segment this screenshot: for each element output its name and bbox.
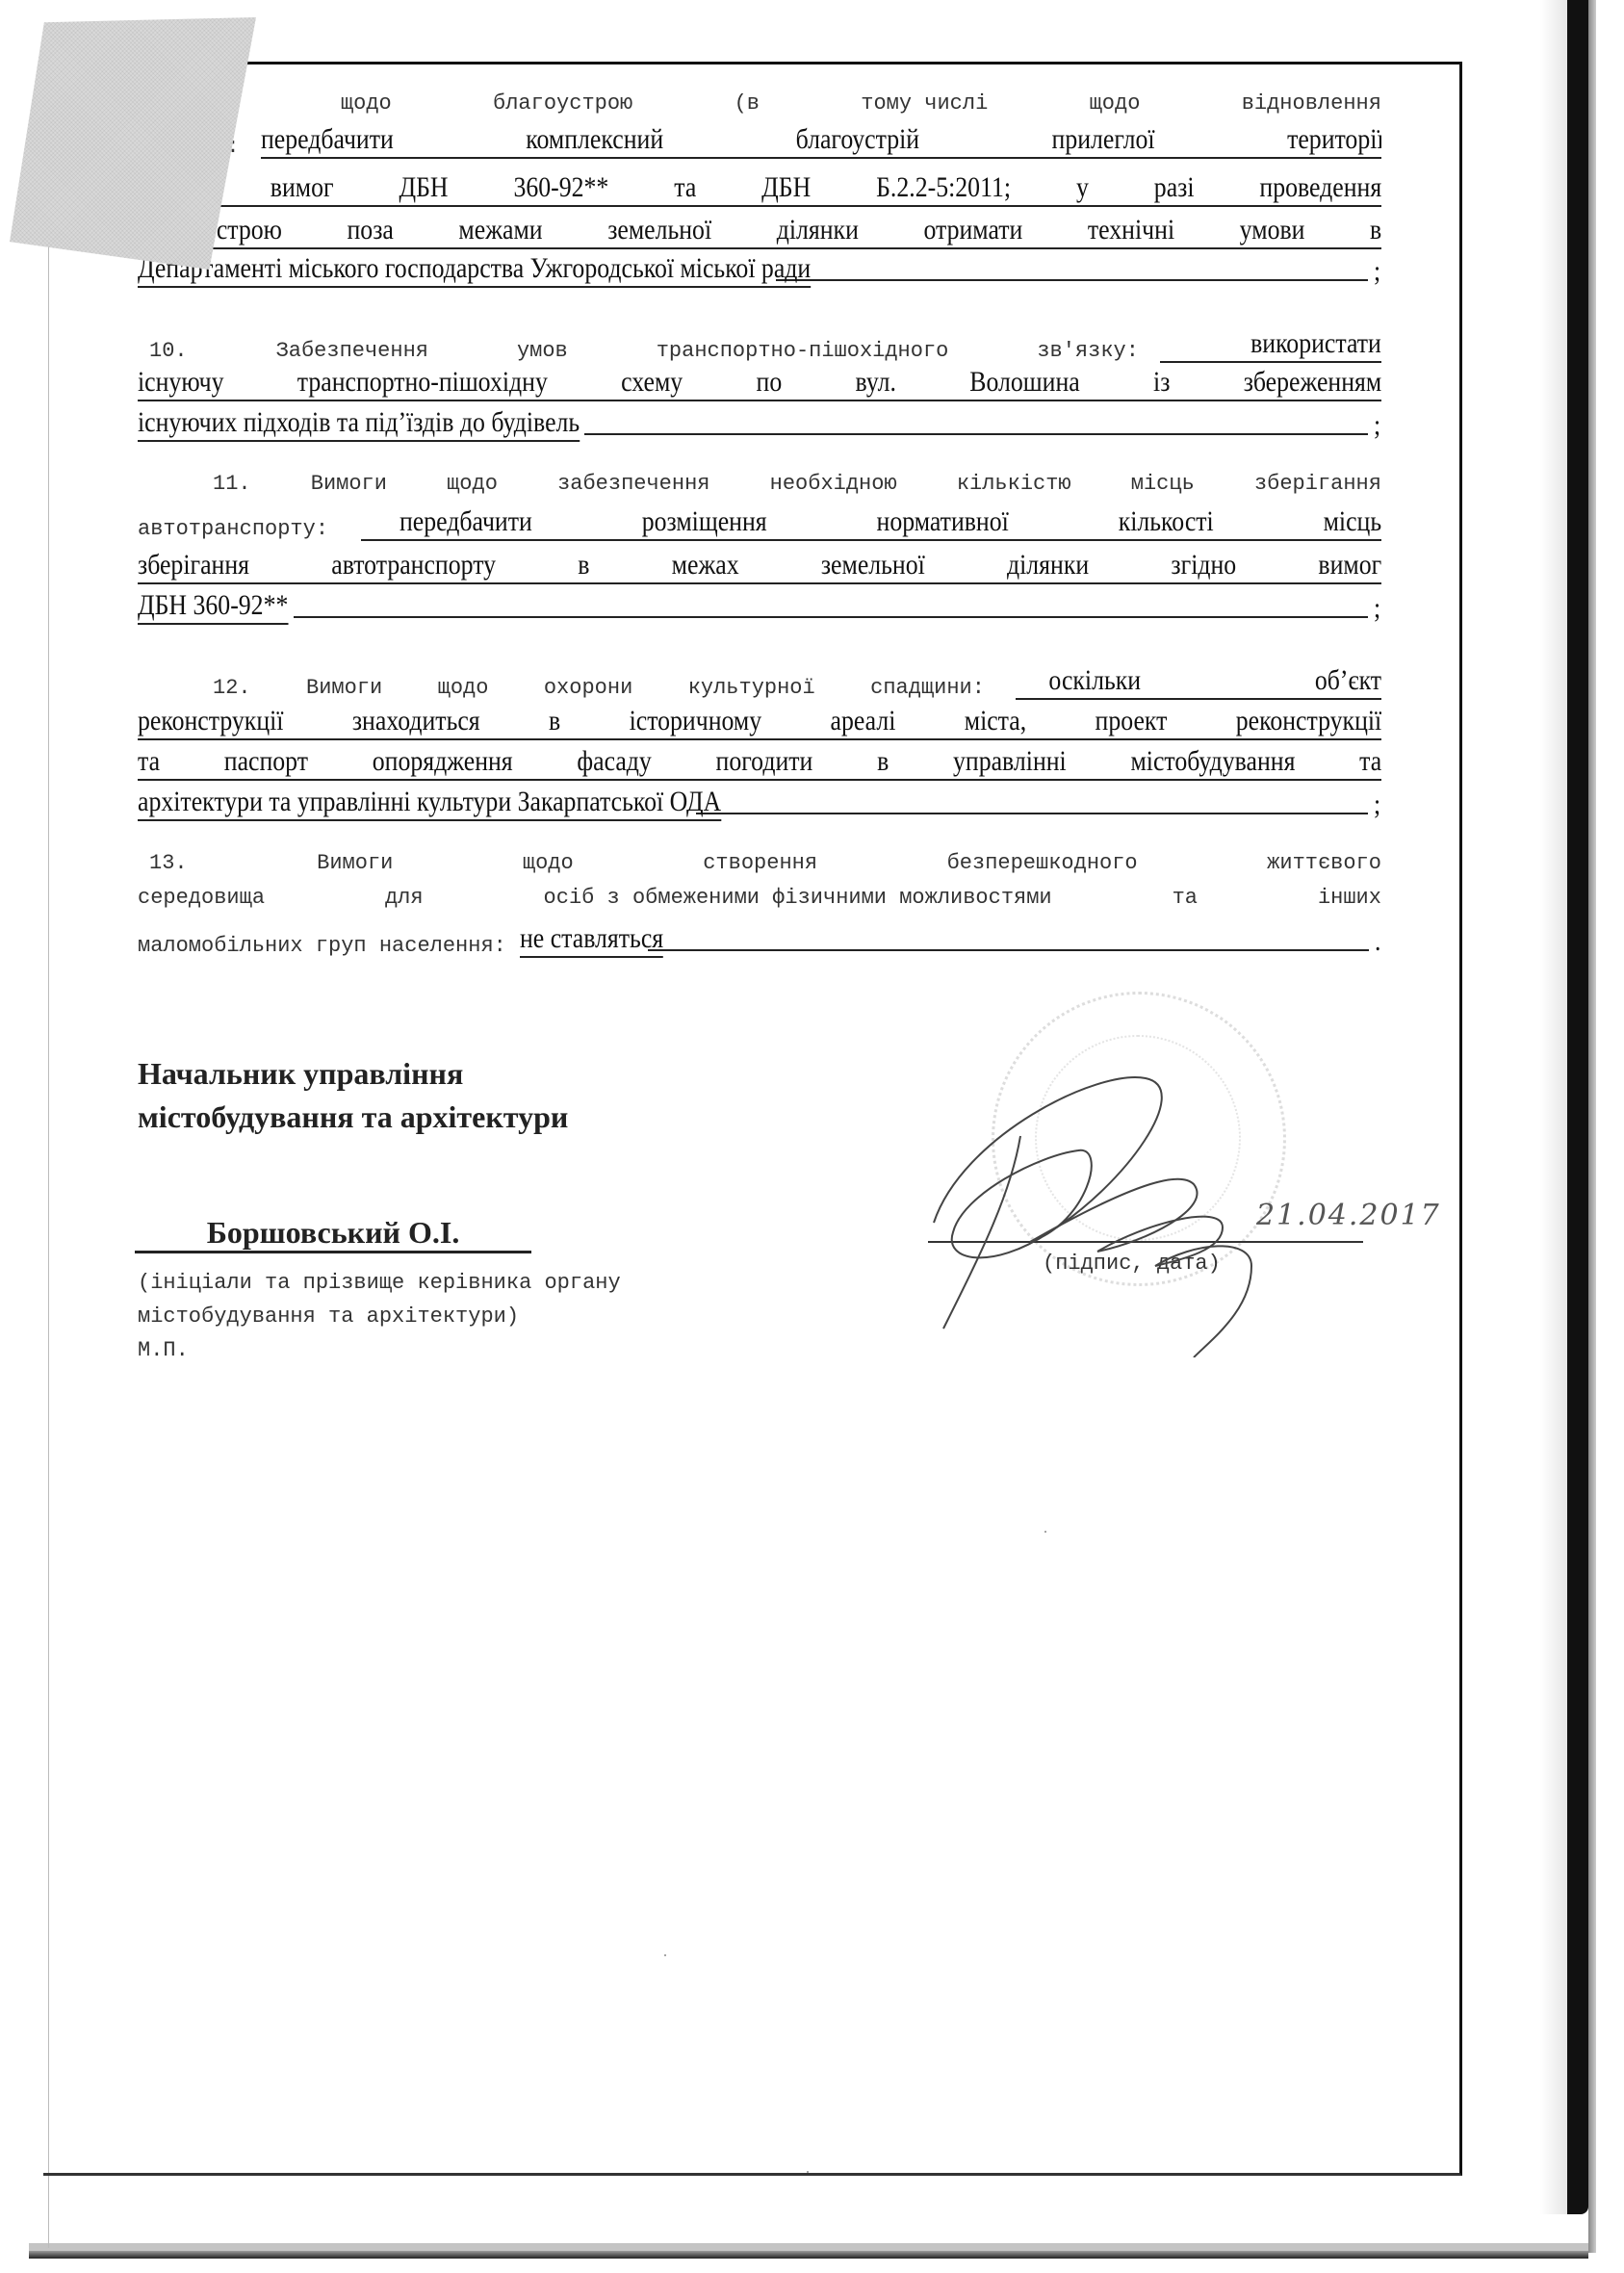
label-word: Вимоги — [306, 676, 382, 700]
terminator: ; — [1374, 409, 1380, 442]
page-edge-gray — [1588, 0, 1596, 2253]
section-13-label-end: маломобільних груп населення: — [138, 934, 506, 958]
name-caption-line-1: (ініціали та прізвище керівника органу — [138, 1271, 621, 1295]
scan-speck — [664, 1954, 666, 1956]
label-word: умов — [517, 339, 568, 363]
label-word: створення — [703, 851, 817, 875]
section-10-line-1: 10. Забезпечення умов транспортно-пішохі… — [138, 327, 1381, 363]
section-10-value-line-3: існуючих підходів та під’їздів до будіве… — [138, 406, 580, 442]
section-13-value: не ставляться — [520, 922, 663, 958]
label-word: Вимоги — [317, 851, 393, 875]
label-word: тому числі — [861, 91, 988, 116]
section-9-value-line-2-wrap: о вимог ДБН 360-92** та ДБН Б.2.2-5:2011… — [193, 171, 1381, 207]
section-11-value-line-2: зберігання автотранспорту в межах земель… — [138, 549, 1381, 581]
name-caption-line-2: містобудування та архітектури) — [138, 1304, 519, 1329]
label-word: спадщини: — [870, 676, 985, 700]
seal-mark: М.П. — [138, 1338, 189, 1362]
label-word: осіб з обмеженими фізичними можливостями — [544, 886, 1052, 910]
section-12-value-line-3-wrap: та паспорт опорядження фасаду погодити в… — [138, 745, 1381, 781]
label-word: та — [1173, 886, 1198, 910]
section-11-label-line-1: 11. Вимоги щодо забезпечення необхідною … — [138, 472, 1381, 496]
section-10-value-line-2: існуючу транспортно-пішохідну схему по в… — [138, 366, 1381, 399]
terminator: ; — [1374, 788, 1380, 821]
section-number: 13. — [149, 851, 188, 875]
official-name-field: Боршовський О.І. — [135, 1215, 531, 1253]
label-word: зберігання — [1254, 472, 1381, 496]
section-12-line-1: 12. Вимоги щодо охорони культурної спадщ… — [138, 664, 1381, 700]
section-10-label: 10. Забезпечення умов транспортно-пішохі… — [138, 339, 1139, 363]
section-9-value-wrap: передбачити комплексний благоустрій прил… — [261, 123, 1381, 159]
label-word: для — [385, 886, 424, 910]
label-word: (в — [735, 91, 760, 116]
label-word: зв'язку: — [1037, 339, 1139, 363]
blank-underline — [648, 949, 1368, 951]
label-word: культурної — [688, 676, 815, 700]
label-word: необхідною — [770, 472, 897, 496]
blank-underline — [696, 813, 1368, 814]
label-word: Забезпечення — [276, 339, 428, 363]
section-13-label-line-2: середовища для осіб з обмеженими фізични… — [138, 886, 1381, 910]
terminator: ; — [1374, 592, 1380, 625]
handwritten-date: 21.04.2017 — [1256, 1199, 1441, 1232]
blank-underline — [584, 433, 1368, 435]
label-word: транспортно-пішохідного — [657, 339, 949, 363]
section-11-line-2: автотранспорту: передбачити розміщення н… — [138, 505, 1381, 541]
section-11-label-end: автотранспорту: — [138, 517, 328, 541]
official-name: Боршовський О.І. — [207, 1215, 460, 1250]
section-9-value-line-1: передбачити комплексний благоустрій прил… — [261, 123, 1381, 156]
section-12-value-line-1: оскільки об’єкт — [1016, 664, 1381, 697]
section-11-value-line-3: ДБН 360-92** — [138, 589, 288, 625]
section-11-value-line-2-wrap: зберігання автотранспорту в межах земель… — [138, 549, 1381, 584]
section-12-value-line-3: та паспорт опорядження фасаду погодити в… — [138, 745, 1381, 778]
section-13-label-line-1: 13. Вимоги щодо створення безперешкодног… — [138, 851, 1381, 875]
section-9-label-line-1: . Вимоги щодо благоустрою (в тому числі … — [138, 91, 1381, 116]
section-12-value-line-4-row: архітектури та управлінні культури Закар… — [138, 786, 1381, 821]
section-number: 12. — [213, 676, 251, 700]
label-word: щодо — [341, 91, 392, 116]
scan-speck — [807, 2171, 809, 2173]
terminator: . — [1375, 925, 1380, 958]
section-12-value-1-wrap: оскільки об’єкт — [1016, 664, 1381, 700]
section-9-value-line-3-wrap: оустрою поза межами земельної ділянки от… — [193, 214, 1381, 249]
section-12-label: 12. Вимоги щодо охорони культурної спадщ… — [138, 676, 985, 700]
section-10-value-line-3-row: існуючих підходів та під’їздів до будіве… — [138, 406, 1381, 442]
label-word: щодо — [523, 851, 574, 875]
section-9-value-line-2: о вимог ДБН 360-92** та ДБН Б.2.2-5:2011… — [193, 171, 1381, 204]
label-word: Вимоги — [311, 472, 387, 496]
section-10-value-1-wrap: використати — [1160, 327, 1381, 363]
label-word: щодо — [438, 676, 489, 700]
section-11-value-line-3-row: ДБН 360-92** ; — [138, 589, 1381, 625]
section-9-value-line-4-row: Департаменті міського господарства Ужгор… — [138, 252, 1381, 288]
label-word: щодо — [1090, 91, 1141, 116]
section-11-value-line-1: передбачити розміщення нормативної кільк… — [400, 505, 1381, 538]
section-12-value-line-4: архітектури та управлінні культури Закар… — [138, 786, 721, 821]
section-number: 11. — [213, 472, 251, 496]
label-word: місць — [1131, 472, 1195, 496]
section-9-line-2: устрою): передбачити комплексний благоус… — [138, 123, 1381, 159]
section-9-value-line-4: Департаменті міського господарства Ужгор… — [138, 252, 811, 288]
label-word: щодо — [447, 472, 498, 496]
page-edge-bottom — [29, 2251, 1588, 2259]
page-edge-shadow — [1540, 0, 1567, 2214]
label-word: благоустрою — [493, 91, 632, 116]
section-10-value-line-2-wrap: існуючу транспортно-пішохідну схему по в… — [138, 366, 1381, 401]
handwritten-signature — [905, 1049, 1309, 1357]
label-word: відновлення — [1242, 91, 1381, 116]
label-word: охорони — [544, 676, 632, 700]
section-11-value-1-wrap: передбачити розміщення нормативної кільк… — [361, 505, 1381, 541]
position-title-line-2: містобудування та архітектури — [138, 1099, 568, 1135]
label-word: забезпечення — [557, 472, 709, 496]
section-13-line-3: маломобільних груп населення: не ставлят… — [138, 922, 1381, 958]
label-word: середовища — [138, 886, 265, 910]
section-12-value-line-2-wrap: реконструкції знаходиться в історичному … — [138, 705, 1381, 740]
section-10-value-line-1: використати — [1250, 327, 1381, 360]
label-word: інших — [1318, 886, 1381, 910]
page-edge-bottom-light — [29, 2243, 1588, 2251]
section-9-value-line-3: оустрою поза межами земельної ділянки от… — [193, 214, 1381, 246]
section-12-value-line-2: реконструкції знаходиться в історичному … — [138, 705, 1381, 737]
label-word: кількістю — [957, 472, 1071, 496]
label-word: безперешкодного — [947, 851, 1138, 875]
scan-speck — [1044, 1531, 1046, 1533]
blank-underline — [294, 616, 1368, 618]
terminator: ; — [1374, 255, 1380, 288]
label-word: життєвого — [1267, 851, 1381, 875]
page-edge-binding — [1567, 0, 1588, 2214]
position-title-line-1: Начальник управління — [138, 1056, 463, 1092]
blank-underline — [776, 279, 1368, 281]
section-number: 10. — [149, 339, 188, 363]
